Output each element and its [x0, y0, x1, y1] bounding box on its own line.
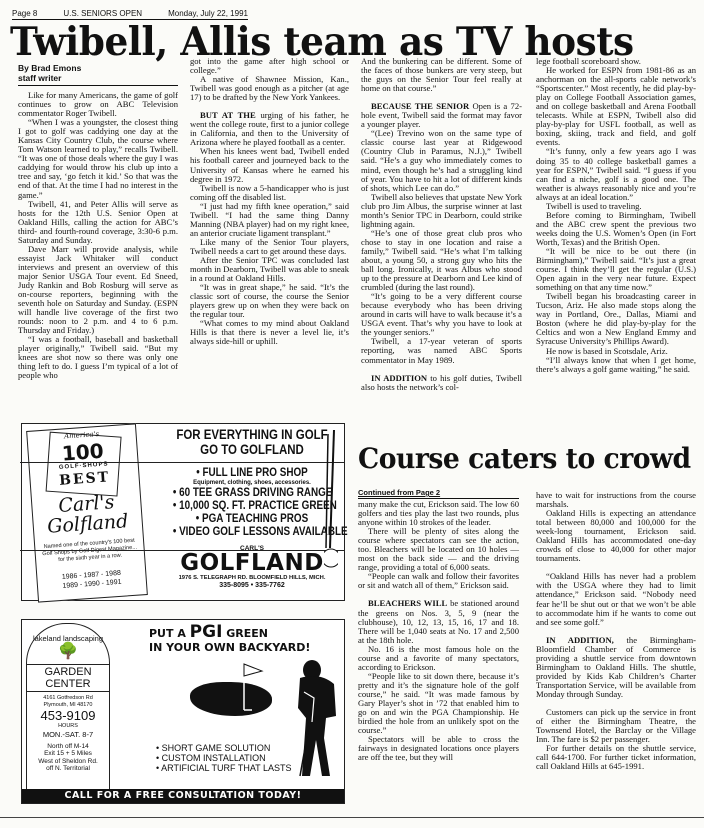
article2-column-1: many make the cut, Erickson said. The lo…	[358, 500, 519, 762]
ad-tagline-2: GO TO GOLFLAND	[174, 442, 330, 457]
paragraph: “It’s funny, only a few years ago I was …	[536, 147, 696, 201]
paragraph: Twibell also believes that upstate New Y…	[361, 193, 522, 229]
paragraph: Spectators will be able to cross the fai…	[358, 735, 519, 762]
bullet-item: • PGA TEACHING PROS	[173, 513, 331, 526]
paragraph: Dave Marr will provide analysis, while e…	[18, 245, 178, 335]
golf-club-icon	[324, 430, 338, 570]
article1-column-2: got into the game after high school or c…	[190, 57, 349, 346]
center-label: CENTER	[27, 678, 109, 690]
paragraph: “I’ll always know that when I get home, …	[536, 356, 696, 374]
badge-store-name: Carl's Golfland	[32, 490, 143, 537]
lakeland-landscaping-panel: lakeland landscaping 🌳 GARDEN CENTER 416…	[26, 623, 110, 791]
headline-course-caters: Course caters to crowd	[358, 442, 691, 476]
paragraph: No. 16 is the most famous hole on the co…	[358, 645, 519, 672]
continued-label: Continued from Page 2	[358, 488, 440, 497]
paragraph: Oakland Hills is expecting an attendance…	[536, 509, 696, 563]
page-number: Page 8	[12, 9, 37, 18]
bullet-item: • 60 TEE GRASS DRIVING RANGE	[173, 487, 331, 500]
article1-column-3: And the bunkering can be different. Some…	[361, 57, 522, 392]
paragraph: “When I was a youngster, the closest thi…	[18, 118, 178, 199]
lakeland-arc-text: lakeland landscaping	[27, 634, 109, 643]
ad-bullets: • FULL LINE PRO SHOP Equipment, clothing…	[160, 467, 344, 539]
paragraph: Twibell is now a 5-handicapper who is ju…	[190, 184, 349, 202]
hours-value: MON.-SAT. 8-7	[27, 730, 109, 739]
directions: North off M-14 Exit 15 + 5 Miles West of…	[27, 743, 109, 773]
headline-part: PUT A	[149, 627, 190, 640]
pgi-headline: PUT A PGI GREEN IN YOUR OWN BACKYARD!	[149, 625, 310, 655]
bullet-item: • CUSTOM INSTALLATION	[156, 753, 292, 763]
bullet-item: • VIDEO GOLF LESSONS AVAILABLE	[173, 526, 331, 539]
directions-line: West of Sheldon Rd.	[27, 758, 109, 766]
ad-carls-golfland: America's 100 GOLF·SHOPS BEST Carl's Gol…	[21, 423, 345, 601]
bullet-subline: Equipment, clothing, shoes, accessories.	[160, 480, 344, 487]
paragraph: “People like to sit down there, because …	[358, 672, 519, 735]
garden-center-label: GARDEN CENTER	[27, 664, 109, 692]
headline-part: GREEN	[222, 627, 268, 640]
badge-named-text: Named one of the country's 100 best Golf…	[41, 538, 138, 566]
paragraph: have to wait for instructions from the c…	[536, 491, 696, 509]
bullet-item: • SHORT GAME SOLUTION	[156, 743, 292, 753]
paragraph: And the bunkering can be different. Some…	[361, 57, 522, 93]
logo-golfland: GOLFLAND	[160, 552, 344, 574]
paragraph: “I was a football, baseball and basketba…	[18, 335, 178, 380]
article2-column-2: have to wait for instructions from the c…	[536, 491, 696, 771]
paragraph: got into the game after high school or c…	[190, 57, 349, 75]
paragraph: “What comes to my mind about Oakland Hil…	[190, 319, 349, 346]
pgi-bullets: • SHORT GAME SOLUTION • CUSTOM INSTALLAT…	[156, 743, 292, 773]
paragraph: Twibell began his broadcasting career in…	[536, 292, 696, 346]
best-100-badge: America's 100 GOLF·SHOPS BEST Carl's Gol…	[26, 423, 148, 602]
paragraph: Twibell, a 17-year veteran of sports rep…	[361, 337, 522, 364]
flag-icon	[240, 662, 266, 714]
ad-right-panel: FOR EVERYTHING IN GOLF GO TO GOLFLAND • …	[160, 424, 344, 600]
paragraph: There will be plenty of sites along the …	[358, 527, 519, 572]
paragraph: “(Lee) Trevino won on the same type of c…	[361, 129, 522, 192]
headline-line-2: IN YOUR OWN BACKYARD!	[149, 641, 310, 655]
bullet-item: • FULL LINE PRO SHOP	[173, 467, 331, 480]
paragraph: He worked for ESPN from 1981-86 as an an…	[536, 66, 696, 147]
store-phones: 335-8095 • 335-7762	[160, 582, 344, 590]
consultation-cta-bar: CALL FOR A FREE CONSULTATION TODAY!	[22, 789, 344, 803]
pgi-brand: PGI	[190, 622, 223, 642]
paragraph: When his knees went bad, Twibell ended h…	[190, 147, 349, 183]
article1-column-4: lege football scoreboard show. He worked…	[536, 57, 696, 374]
paragraph: Customers can pick up the service in fro…	[536, 708, 696, 744]
byline: By Brad Emons staff writer	[18, 63, 178, 86]
directions-line: North off M-14	[27, 743, 109, 751]
page-bottom-rule	[0, 817, 704, 818]
divider	[20, 550, 344, 551]
continued-from: Continued from Page 2	[358, 488, 519, 499]
badge-years: 1986 - 1987 - 1988 1989 - 1990 - 1991	[37, 567, 146, 592]
golfer-silhouette-icon	[290, 658, 340, 778]
directions-line: off N. Territorial	[27, 765, 109, 773]
paragraph: “It will be nice to be out there (in Bir…	[536, 247, 696, 292]
paragraph: A native of Shawnee Mission, Kan., Twibe…	[190, 75, 349, 102]
paragraph-lead: BLEACHERS WILL be stationed around the g…	[358, 599, 519, 644]
paragraph-lead: IN ADDITION, the Birmingham-Bloomfield C…	[536, 636, 696, 699]
paragraph: Twibell, 41, and Peter Allis will serve …	[18, 200, 178, 245]
byline-role: staff writer	[18, 73, 178, 83]
paragraph: many make the cut, Erickson said. The lo…	[358, 500, 519, 527]
byline-author: By Brad Emons	[18, 63, 178, 73]
paragraph: “He’s one of those great club pros who c…	[361, 229, 522, 292]
divider	[20, 462, 344, 463]
tree-icon: 🌳	[27, 643, 109, 661]
issue-date: Monday, July 22, 1991	[168, 9, 248, 18]
paragraph-lead: BUT AT THE urging of his father, he went…	[190, 111, 349, 147]
paragraph: Like for many Americans, the game of gol…	[18, 91, 178, 118]
paragraph: Before coming to Birmingham, Twibell and…	[536, 211, 696, 247]
paragraph: “People can walk and follow their favori…	[358, 572, 519, 590]
paragraph-lead: BECAUSE THE SENIOR Open is a 72-hole eve…	[361, 102, 522, 129]
phone-number: 453-9109	[27, 708, 109, 723]
directions-line: Exit 15 + 5 Miles	[27, 750, 109, 758]
paragraph-lead: IN ADDITION to his golf duties, Twibell …	[361, 374, 522, 392]
garden-label: GARDEN	[27, 666, 109, 678]
lead-rest: the Birmingham-Bloomfield Chamber of Com…	[536, 635, 696, 699]
store-address: 1976 S. TELEGRAPH RD. BLOOMFIELD HILLS, …	[160, 574, 344, 582]
paragraph: After the Senior TPC was concluded last …	[190, 256, 349, 283]
bullet-item: • ARTIFICIAL TURF THAT LASTS	[156, 763, 292, 773]
section-name: U.S. SENIORS OPEN	[63, 9, 142, 18]
paragraph: For further details on the shuttle servi…	[536, 744, 696, 771]
ad-tagline-1: FOR EVERYTHING IN GOLF	[174, 427, 330, 442]
ad-pgi-green: lakeland landscaping 🌳 GARDEN CENTER 416…	[21, 619, 345, 804]
paragraph: “Oakland Hills has never had a problem w…	[536, 572, 696, 626]
paragraph: “It’s going to be a very different cours…	[361, 292, 522, 337]
paragraph: Like many of the Senior Tour players, Tw…	[190, 238, 349, 256]
bullet-item: • 10,000 SQ. FT. PRACTICE GREEN	[173, 500, 331, 513]
article1-column-1: Like for many Americans, the game of gol…	[18, 91, 178, 381]
paragraph: “I just had my fifth knee operation,” sa…	[190, 202, 349, 238]
paragraph: “It was in great shape,” he said. “It’s …	[190, 283, 349, 319]
